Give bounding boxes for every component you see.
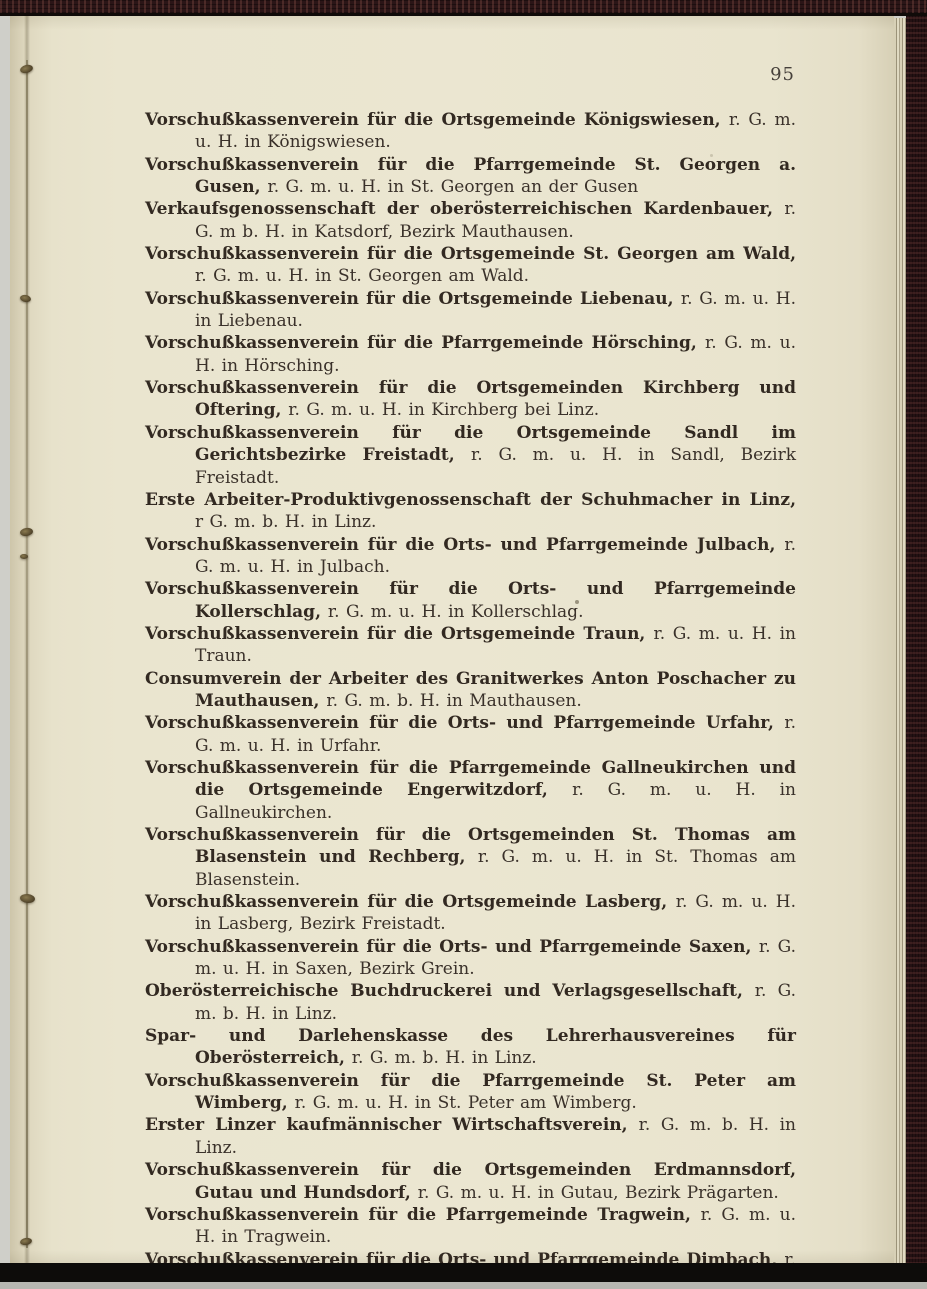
stitch-knot xyxy=(19,63,34,74)
organization-details: r. G. m. u. H. in Kollerschlag. xyxy=(328,602,584,622)
organization-name: Vorschußkassenverein für die Ortsgemeind… xyxy=(145,289,681,309)
stitch-knot xyxy=(20,893,36,904)
organization-name: Verkaufsgenossenschaft der oberösterreic… xyxy=(145,199,784,219)
book-cover-bottom-edge xyxy=(0,1263,927,1282)
stitch-knot xyxy=(20,527,34,537)
organization-name: Vorschußkassenverein für die Ortsgemeind… xyxy=(145,110,729,130)
directory-entry: Vorschußkassenverein für die Ortsgemeind… xyxy=(145,243,796,288)
directory-entry: Vorschußkassenverein für die Orts- und P… xyxy=(145,712,796,757)
book-page: 95 Vorschußkassenverein für die Ortsgeme… xyxy=(10,16,894,1266)
directory-entry: Consumverein der Arbeiter des Granitwerk… xyxy=(145,668,796,713)
stitch-knot xyxy=(19,1237,32,1246)
organization-name: Vorschußkassenverein für die Orts- und P… xyxy=(145,713,784,733)
organization-details: r. G. m. u. H. in Kirchberg bei Linz. xyxy=(288,400,599,420)
organization-details: r. G. m. b. H. in Linz. xyxy=(352,1048,537,1068)
directory-entry: Vorschußkassenverein für die Ortsgemeind… xyxy=(145,377,796,422)
organization-details: r. G. m. u. H. in St. Georgen am Wald. xyxy=(195,266,529,286)
organization-name: Erste Arbeiter-Produktivgenossenschaft d… xyxy=(145,490,796,510)
organization-details: r. G. m. b. H. in Mauthausen. xyxy=(326,691,581,711)
organization-name: Oberösterreichische Buchdruckerei und Ve… xyxy=(145,981,755,1001)
organization-name: Erster Linzer kaufmännischer Wirtschafts… xyxy=(145,1115,639,1135)
book-cover-top-edge xyxy=(0,0,927,16)
stitch-knot xyxy=(20,554,28,559)
organization-name: Vorschußkassenverein für die Orts- und P… xyxy=(145,535,784,555)
organization-name: Vorschußkassenverein für die Pfarrgemein… xyxy=(145,333,705,353)
organization-name: Vorschußkassenverein für die Ortsgemeind… xyxy=(145,624,653,644)
page-number: 95 xyxy=(145,64,795,85)
directory-entries: Vorschußkassenverein für die Ortsgemeind… xyxy=(145,109,796,1289)
directory-entry: Vorschußkassenverein für die Orts- und P… xyxy=(145,578,796,623)
directory-entry: Erster Linzer kaufmännischer Wirtschafts… xyxy=(145,1114,796,1159)
directory-entry: Vorschußkassenverein für die Ortsgemeind… xyxy=(145,109,796,154)
directory-entry: Vorschußkassenverein für die Ortsgemeind… xyxy=(145,623,796,668)
organization-name: Vorschußkassenverein für die Orts- und P… xyxy=(145,937,759,957)
organization-name: Vorschußkassenverein für die Ortsgemeind… xyxy=(145,244,796,264)
directory-entry: Vorschußkassenverein für die Pfarrgemein… xyxy=(145,332,796,377)
organization-name: Vorschußkassenverein für die Pfarrgemein… xyxy=(145,1205,701,1225)
directory-entry: Vorschußkassenverein für die Ortsgemeind… xyxy=(145,824,796,891)
directory-entry: Verkaufsgenossenschaft der oberösterreic… xyxy=(145,198,796,243)
organization-name: Vorschußkassenverein für die Ortsgemeind… xyxy=(145,892,676,912)
directory-entry: Vorschußkassenverein für die Ortsgemeind… xyxy=(145,891,796,936)
directory-entry: Vorschußkassenverein für die Pfarrgemein… xyxy=(145,1070,796,1115)
directory-entry: Vorschußkassenverein für die Pfarrgemein… xyxy=(145,1204,796,1249)
directory-entry: Vorschußkassenverein für die Ortsgemeind… xyxy=(145,288,796,333)
book-cover-right-edge xyxy=(906,0,927,1289)
directory-entry: Vorschußkassenverein für die Orts- und P… xyxy=(145,534,796,579)
organization-details: r G. m. b. H. in Linz. xyxy=(195,512,376,532)
organization-details: r. G. m. u. H. in St. Georgen an der Gus… xyxy=(267,177,638,197)
directory-entry: Vorschußkassenverein für die Ortsgemeind… xyxy=(145,422,796,489)
organization-details: r. G. m. u. H. in St. Peter am Wimberg. xyxy=(295,1093,637,1113)
directory-entry: Erste Arbeiter-Produktivgenossenschaft d… xyxy=(145,489,796,534)
scanner-background-bottom xyxy=(0,1282,927,1289)
directory-entry: Vorschußkassenverein für die Orts- und P… xyxy=(145,936,796,981)
binding-thread xyxy=(26,60,28,1248)
directory-entry: Spar- und Darlehenskasse des Lehrerhausv… xyxy=(145,1025,796,1070)
directory-entry: Oberösterreichische Buchdruckerei und Ve… xyxy=(145,980,796,1025)
directory-entry: Vorschußkassenverein für die Pfarrgemein… xyxy=(145,757,796,824)
directory-entry: Vorschußkassenverein für die Pfarrgemein… xyxy=(145,154,796,199)
organization-details: r. G. m. u. H. in Gutau, Bezirk Prägarte… xyxy=(418,1183,779,1203)
directory-entry: Vorschußkassenverein für die Ortsgemeind… xyxy=(145,1159,796,1204)
